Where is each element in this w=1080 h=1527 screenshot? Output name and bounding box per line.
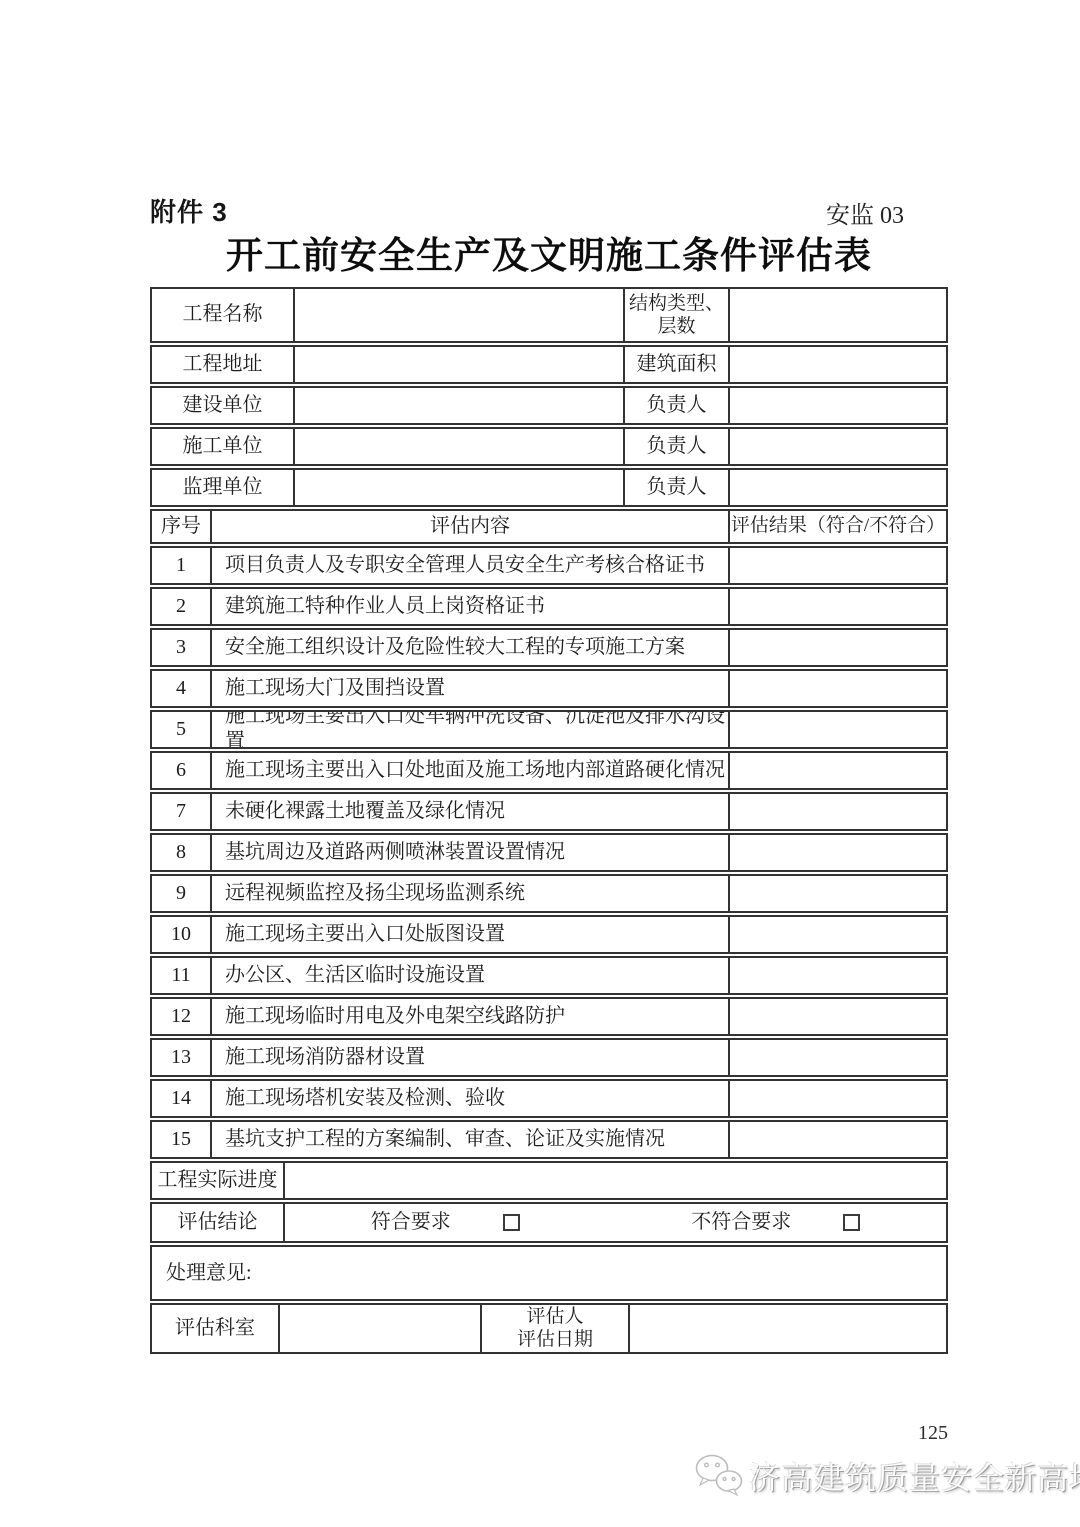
info-value2-blank xyxy=(728,289,946,341)
item-result-blank xyxy=(728,958,946,993)
column-header-content: 评估内容 xyxy=(210,511,728,542)
info-row-project-name: 工程名称 结构类型、 层数 xyxy=(150,287,948,343)
attachment-label: 附件 3 xyxy=(150,192,228,229)
checklist-row-13: 13 施工现场消防器材设置 xyxy=(150,1038,948,1077)
item-content: 安全施工组织设计及危险性较大工程的专项施工方案 xyxy=(210,630,728,665)
item-no: 9 xyxy=(152,876,210,911)
info-row-construction-owner: 建设单位 负责人 xyxy=(150,386,948,425)
item-no: 10 xyxy=(152,917,210,952)
checklist-row-12: 12 施工现场临时用电及外电架空线路防护 xyxy=(150,997,948,1036)
pass-checkbox-icon xyxy=(503,1214,520,1231)
item-result-blank xyxy=(728,917,946,952)
form-code: 安监 03 xyxy=(826,195,948,230)
item-no: 15 xyxy=(152,1122,210,1157)
info-label2: 负责人 xyxy=(623,470,728,505)
info-label2: 建筑面积 xyxy=(623,347,728,382)
checklist-row-10: 10 施工现场主要出入口处版图设置 xyxy=(150,915,948,954)
checklist-row-7: 7 未硬化裸露土地覆盖及绿化情况 xyxy=(150,792,948,831)
item-result-blank xyxy=(728,876,946,911)
item-content: 施工现场主要出入口处版图设置 xyxy=(210,917,728,952)
assessor-line1: 评估人 xyxy=(526,1305,583,1328)
item-content: 施工现场大门及围挡设置 xyxy=(210,671,728,706)
item-content: 建筑施工特种作业人员上岗资格证书 xyxy=(210,589,728,624)
info-label: 建设单位 xyxy=(152,388,293,423)
checklist-row-3: 3 安全施工组织设计及危险性较大工程的专项施工方案 xyxy=(150,628,948,667)
item-no: 11 xyxy=(152,958,210,993)
form-header: 附件 3 安监 03 xyxy=(150,192,948,230)
column-header-result: 评估结果（符合/不符合） xyxy=(728,511,946,542)
conclusion-row: 评估结论 符合要求 不符合要求 xyxy=(150,1202,948,1243)
progress-row: 工程实际进度 xyxy=(150,1161,948,1200)
conclusion-pass-label: 符合要求 xyxy=(371,1210,451,1235)
info-value2-blank xyxy=(728,347,946,382)
watermark-text: 济高建筑质量安全新高地 xyxy=(749,1453,1080,1498)
assessment-table: 工程名称 结构类型、 层数 工程地址 建筑面积 建设单位 xyxy=(150,287,948,1354)
page-title: 开工前安全生产及文明施工条件评估表 xyxy=(150,236,948,277)
conclusion-label: 评估结论 xyxy=(152,1204,283,1241)
item-result-blank xyxy=(728,630,946,665)
conclusion-options: 符合要求 不符合要求 xyxy=(283,1204,946,1241)
item-content: 基坑周边及道路两侧喷淋装置设置情况 xyxy=(210,835,728,870)
watermark: 济高建筑质量安全新高地 xyxy=(693,1452,1080,1498)
department-label: 评估科室 xyxy=(152,1305,278,1352)
info-label: 施工单位 xyxy=(152,429,293,464)
item-no: 8 xyxy=(152,835,210,870)
info-value-blank xyxy=(293,388,623,423)
info-value-blank xyxy=(293,470,623,505)
item-content: 施工现场主要出入口处车辆冲洗设备、沉淀池及排水沟设置 xyxy=(210,712,728,747)
assessor-line2: 评估日期 xyxy=(517,1328,593,1351)
item-content: 施工现场临时用电及外电架空线路防护 xyxy=(210,999,728,1034)
checklist-row-2: 2 建筑施工特种作业人员上岗资格证书 xyxy=(150,587,948,626)
item-result-blank xyxy=(728,712,946,747)
item-no: 3 xyxy=(152,630,210,665)
checklist-row-6: 6 施工现场主要出入口处地面及施工场地内部道路硬化情况 xyxy=(150,751,948,790)
checklist-row-15: 15 基坑支护工程的方案编制、审查、论证及实施情况 xyxy=(150,1120,948,1159)
item-content: 未硬化裸露土地覆盖及绿化情况 xyxy=(210,794,728,829)
item-no: 1 xyxy=(152,548,210,583)
checklist-row-4: 4 施工现场大门及围挡设置 xyxy=(150,669,948,708)
info-label2: 结构类型、 层数 xyxy=(623,289,728,341)
item-content: 基坑支护工程的方案编制、审查、论证及实施情况 xyxy=(210,1122,728,1157)
checklist-row-11: 11 办公区、生活区临时设施设置 xyxy=(150,956,948,995)
item-result-blank xyxy=(728,548,946,583)
info-label: 监理单位 xyxy=(152,470,293,505)
checklist-row-8: 8 基坑周边及道路两侧喷淋装置设置情况 xyxy=(150,833,948,872)
info-value2-blank xyxy=(728,470,946,505)
info-row-project-address: 工程地址 建筑面积 xyxy=(150,345,948,384)
item-no: 7 xyxy=(152,794,210,829)
conclusion-fail-group: 不符合要求 xyxy=(691,1210,860,1235)
info-value-blank xyxy=(293,289,623,341)
info-label2: 负责人 xyxy=(623,429,728,464)
item-content: 施工现场消防器材设置 xyxy=(210,1040,728,1075)
item-result-blank xyxy=(728,1081,946,1116)
item-result-blank xyxy=(728,753,946,788)
page-number: 125 xyxy=(908,1422,958,1445)
conclusion-fail-label: 不符合要求 xyxy=(691,1210,791,1235)
info-value-blank xyxy=(293,347,623,382)
checklist-row-14: 14 施工现场塔机安装及检测、验收 xyxy=(150,1079,948,1118)
wechat-icon xyxy=(693,1452,745,1498)
info-value-blank xyxy=(293,429,623,464)
checklist-header-row: 序号 评估内容 评估结果（符合/不符合） xyxy=(150,509,948,544)
info-label2-line2: 层数 xyxy=(657,315,695,338)
item-result-blank xyxy=(728,1122,946,1157)
item-result-blank xyxy=(728,589,946,624)
department-row: 评估科室 评估人 评估日期 xyxy=(150,1303,948,1354)
info-label: 工程名称 xyxy=(152,289,293,341)
info-row-supervisor: 监理单位 负责人 xyxy=(150,468,948,507)
assessor-label: 评估人 评估日期 xyxy=(480,1305,628,1352)
opinion-label: 处理意见: xyxy=(152,1247,946,1299)
item-content: 施工现场主要出入口处地面及施工场地内部道路硬化情况 xyxy=(210,753,728,788)
conclusion-pass-group: 符合要求 xyxy=(371,1210,520,1235)
assessor-value-blank xyxy=(628,1305,946,1352)
item-no: 12 xyxy=(152,999,210,1034)
department-value-blank xyxy=(278,1305,480,1352)
fail-checkbox-icon xyxy=(843,1214,860,1231)
item-content: 项目负责人及专职安全管理人员安全生产考核合格证书 xyxy=(210,548,728,583)
info-row-contractor: 施工单位 负责人 xyxy=(150,427,948,466)
item-no: 6 xyxy=(152,753,210,788)
column-header-no: 序号 xyxy=(152,511,210,542)
item-result-blank xyxy=(728,794,946,829)
item-no: 5 xyxy=(152,712,210,747)
info-value2-blank xyxy=(728,388,946,423)
info-label: 工程地址 xyxy=(152,347,293,382)
item-result-blank xyxy=(728,1040,946,1075)
info-label2-line1: 结构类型、 xyxy=(629,292,724,315)
form-content: 附件 3 安监 03 开工前安全生产及文明施工条件评估表 工程名称 结构类型、 … xyxy=(150,192,948,1354)
opinion-row: 处理意见: xyxy=(150,1245,948,1301)
info-label2: 负责人 xyxy=(623,388,728,423)
checklist-row-9: 9 远程视频监控及扬尘现场监测系统 xyxy=(150,874,948,913)
item-no: 14 xyxy=(152,1081,210,1116)
checklist-row-5: 5 施工现场主要出入口处车辆冲洗设备、沉淀池及排水沟设置 xyxy=(150,710,948,749)
item-no: 4 xyxy=(152,671,210,706)
checklist-row-1: 1 项目负责人及专职安全管理人员安全生产考核合格证书 xyxy=(150,546,948,585)
item-content: 施工现场塔机安装及检测、验收 xyxy=(210,1081,728,1116)
item-result-blank xyxy=(728,671,946,706)
progress-value-blank xyxy=(283,1163,946,1198)
progress-label: 工程实际进度 xyxy=(152,1163,283,1198)
item-content: 远程视频监控及扬尘现场监测系统 xyxy=(210,876,728,911)
item-content: 办公区、生活区临时设施设置 xyxy=(210,958,728,993)
scanned-form-page: 附件 3 安监 03 开工前安全生产及文明施工条件评估表 工程名称 结构类型、 … xyxy=(0,0,1080,1527)
item-result-blank xyxy=(728,999,946,1034)
item-no: 2 xyxy=(152,589,210,624)
item-result-blank xyxy=(728,835,946,870)
item-no: 13 xyxy=(152,1040,210,1075)
info-value2-blank xyxy=(728,429,946,464)
